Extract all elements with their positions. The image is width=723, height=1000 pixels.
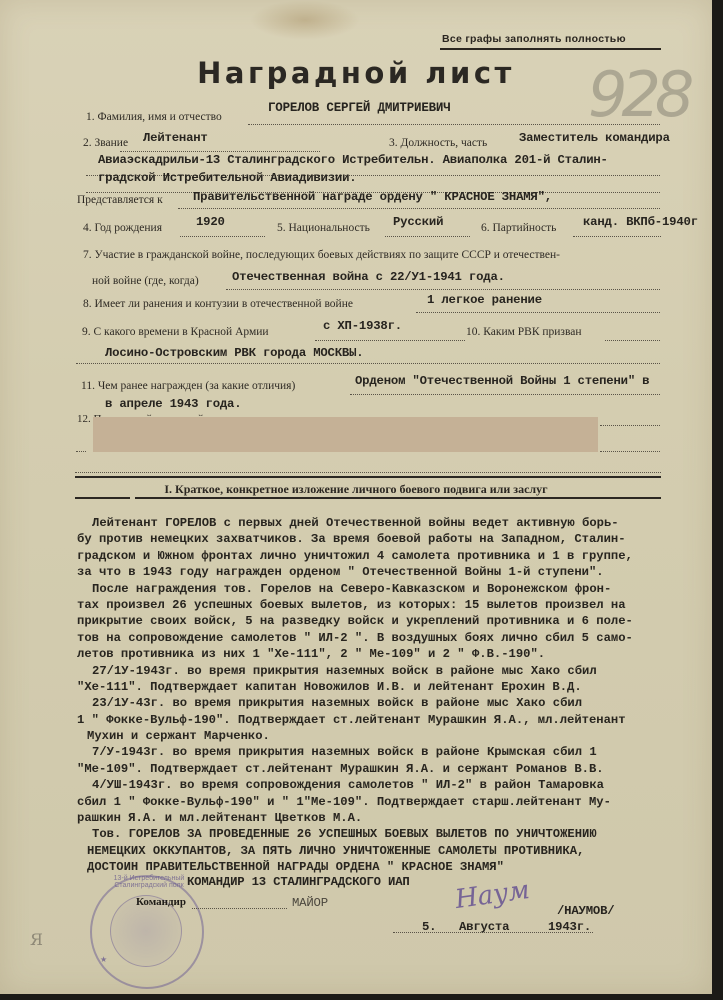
narrative-line: 7/У-1943г. во время прикрытия наземных в…: [77, 744, 682, 760]
presented-for-label: Представляется к: [77, 194, 163, 206]
narrative-line: тов на сопровождение самолетов " ИЛ-2 ".…: [77, 630, 682, 646]
narrative-line: летов противника из них 1 "Хе-111", 2 " …: [77, 646, 682, 662]
commander-rank: МАЙОР: [292, 896, 328, 910]
field-12-line-b-right: [600, 451, 660, 452]
field-2-label: 2. Звание: [83, 137, 128, 149]
pencil-margin-mark: Я: [30, 930, 43, 949]
date-day: 5.: [422, 920, 436, 934]
field-10-line-a: [605, 340, 660, 341]
field-2-value: Лейтенант: [143, 131, 208, 145]
field-3-value-line2: Авиаэскадрильи-13 Сталинградского Истреб…: [98, 153, 608, 167]
field-6-line: [573, 236, 661, 237]
narrative-line: 27/1У-1943г. во время прикрытия наземных…: [77, 663, 682, 679]
presented-for-value: Правительственной награде ордену " КРАСН…: [193, 190, 552, 204]
section-top-rule: [75, 476, 661, 478]
narrative-text: Лейтенант ГОРЕЛОВ с первых дней Отечеств…: [77, 515, 682, 876]
top-note-underline: [440, 48, 661, 50]
handwritten-signature: Наум: [453, 875, 531, 915]
field-7-label-line1: 7. Участие в гражданской войне, последую…: [83, 249, 560, 261]
stamp-text: 13-й Истребительный Сталинградский полк: [104, 875, 194, 889]
field-5-value: Русский: [393, 215, 443, 229]
field-3-value-line1: Заместитель командира: [519, 131, 670, 145]
field-7-label-line2: ной войне (где, когда): [92, 275, 199, 287]
narrative-line: ДОСТОИН ПРАВИТЕЛЬСТВЕННОЙ НАГРАДЫ ОРДЕНА…: [77, 859, 682, 875]
narrative-line: градском и Южном фронтах лично уничтожил…: [77, 548, 682, 564]
date-year: 1943г.: [548, 920, 591, 934]
field-7-line: [226, 289, 660, 290]
narrative-line: тах произвел 26 успешных боевых вылетов,…: [77, 597, 682, 613]
document-page: Все графы заполнять полностью Наградной …: [0, 0, 712, 994]
field-4-line: [180, 236, 265, 237]
field-4-value: 1920: [196, 215, 225, 229]
section-dotted-line: [75, 472, 661, 473]
narrative-line: рашкин Я.А. и мл.лейтенант Цветков М.А.: [77, 810, 682, 826]
field-11-value-line1: Орденом "Отечественной Войны 1 степени" …: [355, 374, 649, 388]
field-1-line: [248, 124, 660, 125]
narrative-line: сбил 1 " Фокке-Вульф-190" и " 1"Ме-109".…: [77, 794, 682, 810]
paper-stain: [250, 0, 360, 40]
narrative-line: прикрытие своих войск, 5 на разведку вой…: [77, 613, 682, 629]
field-9-line: [315, 340, 465, 341]
pencil-archive-number: 928: [588, 58, 688, 131]
field-2-line: [120, 151, 320, 152]
field-10-value: Лосино-Островским РВК города МОСКВЫ.: [105, 346, 363, 360]
commander-label: Командир: [136, 896, 186, 908]
section-bottom-rule-left: [75, 497, 130, 499]
narrative-line: НЕМЕЦКИХ ОККУПАНТОВ, ЗА ПЯТЬ ЛИЧНО УНИЧТ…: [77, 843, 682, 859]
field-8-line: [416, 312, 660, 313]
narrative-line: за что в 1943 году награжден орденом " О…: [77, 564, 682, 580]
field-7-value: Отечественная война с 22/У1-1941 года.: [232, 270, 505, 284]
narrative-line: Мухин и сержант Марченко.: [77, 728, 682, 744]
field-11-line: [350, 394, 660, 395]
narrative-line: "Хе-111". Подтверждает капитан Новожилов…: [77, 679, 682, 695]
stamp-star-icon: ★: [100, 955, 107, 964]
commander-title: КОМАНДИР 13 СТАЛИНГРАДСКОГО ИАП: [187, 875, 410, 889]
field-6-label: 6. Партийность: [481, 222, 556, 234]
field-9-value: с ХП-1938г.: [323, 319, 402, 333]
redaction-block: [93, 417, 598, 452]
field-5-label: 5. Национальность: [277, 222, 370, 234]
commander-line: [192, 908, 287, 909]
field-1-value: ГОРЕЛОВ СЕРГЕЙ ДМИТРИЕВИЧ: [268, 101, 451, 115]
field-1-label: 1. Фамилия, имя и отчество: [86, 111, 222, 123]
field-11-label: 11. Чем ранее награжден (за какие отличи…: [81, 380, 295, 392]
field-12-line-b-left: [76, 451, 86, 452]
narrative-line: "Ме-109". Подтверждает ст.лейтенант Мура…: [77, 761, 682, 777]
field-10-label: 10. Каким РВК призван: [466, 326, 582, 338]
field-12-line-a: [600, 425, 660, 426]
narrative-line: 4/УШ-1943г. во время сопровождения самол…: [77, 777, 682, 793]
field-9-label: 9. С какого времени в Красной Армии: [82, 326, 269, 338]
narrative-line: 1 " Фокке-Вульф-190". Подтверждает ст.ле…: [77, 712, 682, 728]
section-bottom-rule-right: [135, 497, 661, 499]
presented-for-line: [178, 208, 660, 209]
field-8-label: 8. Имеет ли ранения и контузии в отечест…: [83, 298, 353, 310]
narrative-line: 23/1У-43г. во время прикрытия наземных в…: [77, 695, 682, 711]
date-month: Августа: [459, 920, 509, 934]
field-3-value-line3: градской Истребительной Авиадивизии.: [98, 171, 356, 185]
field-10-line-b: [76, 363, 660, 364]
official-stamp: ★ 13-й Истребительный Сталинградский пол…: [90, 875, 204, 989]
narrative-line: После награждения тов. Горелов на Северо…: [77, 581, 682, 597]
top-instruction-note: Все графы заполнять полностью: [442, 33, 626, 45]
narrative-line: бу против немецких захватчиков. За время…: [77, 531, 682, 547]
field-5-line: [385, 236, 470, 237]
field-3-label: 3. Должность, часть: [389, 137, 487, 149]
field-6-value: канд. ВКПб-1940г: [583, 215, 698, 229]
section-title: I. Краткое, конкретное изложение личного…: [0, 482, 712, 497]
narrative-line: Лейтенант ГОРЕЛОВ с первых дней Отечеств…: [77, 515, 682, 531]
field-11-value-line2: в апреле 1943 года.: [105, 397, 241, 411]
narrative-line: Тов. ГОРЕЛОВ ЗА ПРОВЕДЕННЫЕ 26 УСПЕШНЫХ …: [77, 826, 682, 842]
commander-name: /НАУМОВ/: [557, 904, 614, 918]
field-4-label: 4. Год рождения: [83, 222, 162, 234]
field-8-value: 1 легкое ранение: [427, 293, 542, 307]
